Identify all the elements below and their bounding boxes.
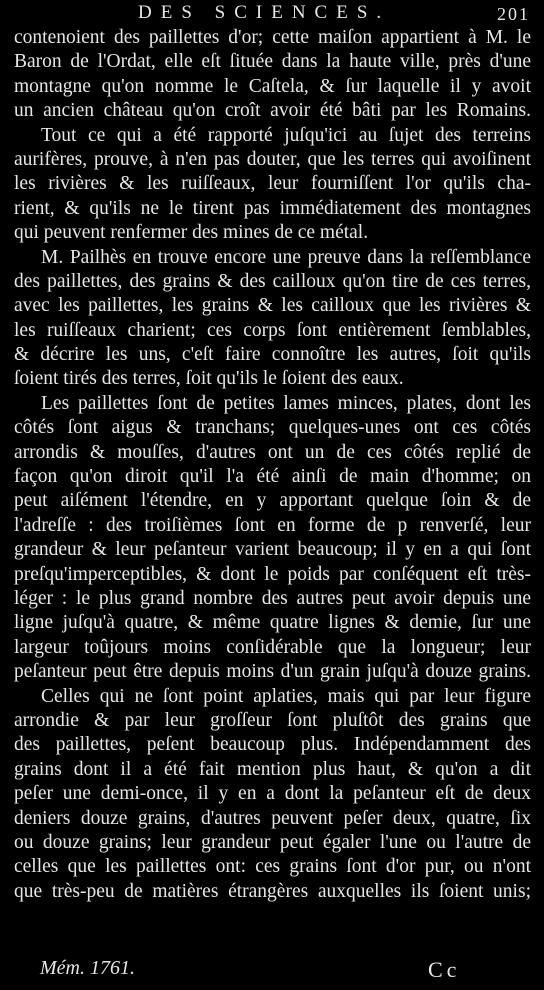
page-header: DES SCIENCES. 201 [0,2,544,26]
text-line: Baron de l'Ordat, elle eſt ſituée dans l… [14,50,531,74]
volume-signature: Mém. 1761. [40,957,135,980]
text-line: les rivières & les ruiſſeaux, leur fourn… [14,172,531,196]
paragraph-1: contenoient des paillettes d'or; cette m… [14,26,531,124]
page-number: 201 [497,4,530,25]
text-line: M. Pailhès en trouve encore une preuve d… [14,246,531,270]
text-line: peut aiſément l'étendre, en y apportant … [14,489,531,513]
text-line: rient, & qu'ils ne le tirent pas immédia… [14,197,531,221]
text-line: ligne juſqu'à quatre, & même quatre lign… [14,611,531,635]
paragraph-3: M. Pailhès en trouve encore une preuve d… [14,246,531,392]
text-line: avec les paillettes, les grains & les ca… [14,294,531,318]
text-line: façon qu'on diroit qu'il l'a été ainſi d… [14,465,531,489]
text-line: deniers douze grains, d'autres peuvent p… [14,807,531,831]
text-line: & décrire les uns, c'eſt faire connoître… [14,343,531,367]
text-line: des paillettes, des grains & des caillou… [14,270,531,294]
text-line: celles que les paillettes ont: ces grain… [14,855,531,879]
text-line: grains dont il a été fait mention plus h… [14,758,531,782]
text-line: grandeur & leur peſanteur varient beauco… [14,538,531,562]
page-body: contenoient des paillettes d'or; cette m… [14,26,531,904]
text-line: des paillettes, peſent beaucoup plus. In… [14,733,531,757]
text-line: aurifères, prouve, à n'en pas douter, qu… [14,148,531,172]
text-line: contenoient des paillettes d'or; cette m… [14,26,531,50]
gathering-signature: Cc [428,957,460,983]
text-line: les ruiſſeaux charient; ces corps ſont e… [14,319,531,343]
text-line: Les paillettes ſont de petites lames min… [14,392,531,416]
text-line: arrondie & par leur groſſeur ſont pluſtô… [14,709,531,733]
paragraph-2: Tout ce qui a été rapporté juſqu'ici au … [14,124,531,246]
text-line: ſoient tirés des terres, ſoit qu'ils le … [14,367,531,391]
text-line: qui peuvent renfermer des mines de ce mé… [14,221,531,245]
text-line: arrondis & mouſſes, d'autres ont un de c… [14,441,531,465]
text-line: montagne qu'on nomme le Caſtela, & ſur l… [14,75,531,99]
text-line: peſer une demi-once, il y en a dont la p… [14,782,531,806]
book-page: DES SCIENCES. 201 contenoient des paille… [0,0,544,990]
text-line: Celles qui ne ſont point aplaties, mais … [14,685,531,709]
text-line: que très-peu de matières étrangères auxq… [14,880,531,904]
paragraph-5: Celles qui ne ſont point aplaties, mais … [14,685,531,905]
text-line: peſanteur peut être depuis moins d'un gr… [14,660,531,684]
text-line: Tout ce qui a été rapporté juſqu'ici au … [14,124,531,148]
page-footer: Mém. 1761. Cc [0,957,544,985]
running-title: DES SCIENCES. [138,2,390,24]
text-line: preſqu'imperceptibles, & dont le poids p… [14,563,531,587]
text-line: léger : le plus grand nombre des autres … [14,587,531,611]
paragraph-4: Les paillettes ſont de petites lames min… [14,392,531,685]
text-line: l'adreſſe : des troiſièmes ſont en forme… [14,514,531,538]
text-line: ou douze grains; leur grandeur peut égal… [14,831,531,855]
text-line: côtés ſont aigus & tranchans; quelques-u… [14,416,531,440]
text-line: largeur toûjours moins conſidérable que … [14,636,531,660]
text-line: un ancien château qu'on croît avoir été … [14,99,531,123]
